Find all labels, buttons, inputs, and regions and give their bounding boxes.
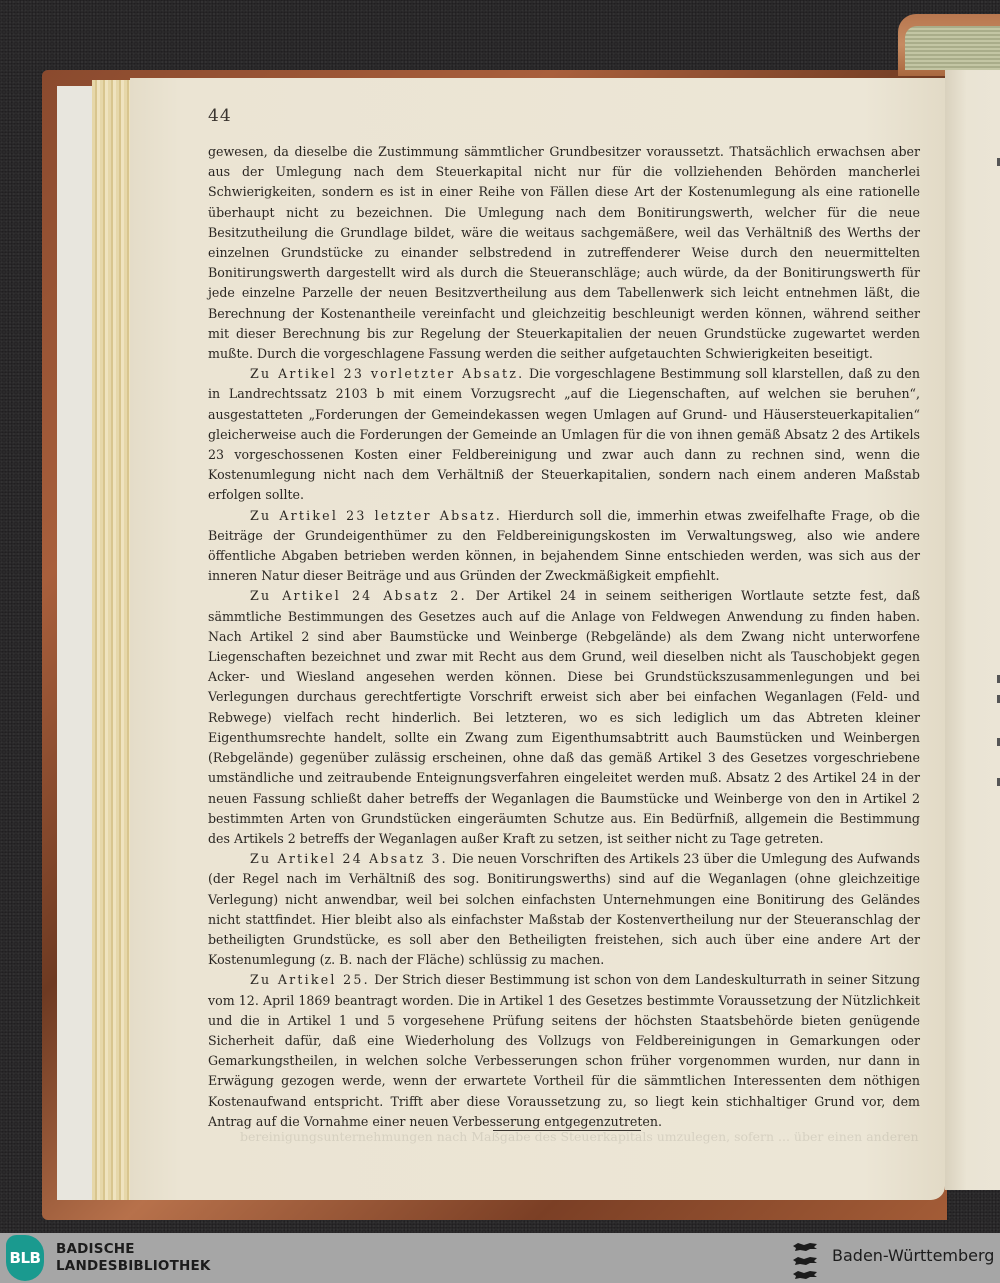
library-name[interactable]: BADISCHE LANDESBIBLIOTHEK [56,1241,211,1275]
baden-wuerttemberg-lions-icon [790,1238,820,1280]
paragraph-text: Der Strich dieser Bestimmung ist schon v… [208,972,920,1128]
paragraph-heading: Zu Artikel 23 vorletzter Absatz. [250,366,524,381]
blb-logo-badge[interactable]: BLB [6,1235,44,1281]
paragraph-heading: Zu Artikel 24 Absatz 2. [250,588,467,603]
paragraph-art23-letzter: Zu Artikel 23 letzter Absatz. Hierdurch … [208,506,920,587]
paragraph-heading: Zu Artikel 24 Absatz 3. [250,851,448,866]
state-name[interactable]: Baden-Württemberg [832,1246,994,1265]
page-number: 44 [208,106,232,126]
page-text: gewesen, da dieselbe die Zustimmung sämm… [208,142,920,1132]
paragraph-text: Der Artikel 24 in seinem seitherigen Wor… [208,588,920,845]
paragraph-art23-vorletzter: Zu Artikel 23 vorletzter Absatz. Die vor… [208,364,920,505]
footer-bar: BLB BADISCHE LANDESBIBLIOTHEK Baden-Würt… [0,1233,1000,1283]
paragraph-continuation: gewesen, da dieselbe die Zustimmung sämm… [208,142,920,364]
paragraph-text: Die vorgeschlagene Bestimmung soll klars… [208,366,920,502]
library-name-line1: BADISCHE [56,1241,211,1258]
paragraph-art24-abs3: Zu Artikel 24 Absatz 3. Die neuen Vorsch… [208,849,920,970]
paragraph-text: Die neuen Vorschriften des Artikels 23 ü… [208,851,920,967]
paragraph-art24-abs2: Zu Artikel 24 Absatz 2. Der Artikel 24 i… [208,586,920,849]
paragraph-art25: Zu Artikel 25. Der Strich dieser Bestimm… [208,970,920,1132]
paragraph-heading: Zu Artikel 25. [250,972,370,987]
library-name-line2: LANDESBIBLIOTHEK [56,1258,211,1275]
bleed-through-text: bereinigungsunternehmungen nach Maßgabe … [240,1127,920,1147]
paragraph-text: gewesen, da dieselbe die Zustimmung sämm… [208,144,920,361]
paragraph-heading: Zu Artikel 23 letzter Absatz. [250,508,502,523]
facing-page [945,70,1000,1190]
page-block-right-edge [905,26,1000,70]
